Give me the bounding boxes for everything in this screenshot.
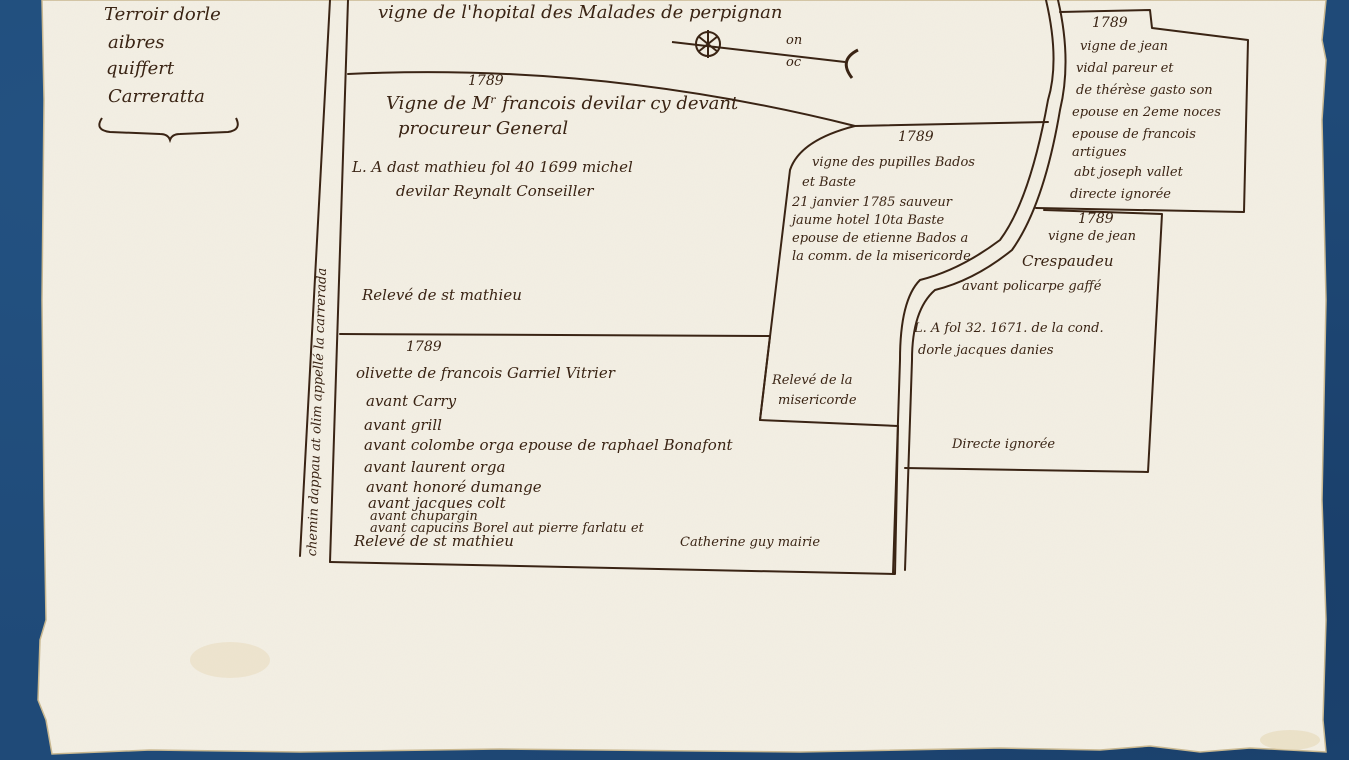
parcel-pupilles-ref-1: 21 janvier 1785 sauveur [792, 196, 952, 209]
parcel-olivette-line-3: avant grill [364, 418, 442, 433]
parcel-vidal-line-8: directe ignorée [1070, 188, 1171, 201]
parcel-misericorde-footer-1: Relevé de la [772, 374, 853, 387]
parcel-crespaudeu-ref-2: dorle jacques danies [918, 344, 1054, 357]
manuscript-sheet: Terroir dorle aibres quiffert Carreratta… [0, 0, 1349, 760]
parcel-olivette-year: 1789 [406, 340, 442, 354]
legend-line-2: aibres [108, 34, 165, 52]
parcel-pupilles-ref-3: epouse de etienne Bados a [792, 232, 968, 245]
parcel-vidal-line-1: vigne de jean [1080, 40, 1168, 53]
parcel-crespaudeu-line-2: Crespaudeu [1022, 254, 1114, 269]
parcel-devilar-title-1: Vigne de Mʳ francois devilar cy devant [386, 95, 738, 113]
parcel-devilar-year: 1789 [468, 74, 504, 88]
compass-label-oc: oc [786, 56, 801, 69]
parcel-misericorde-footer-2: misericorde [778, 394, 857, 407]
parcel-devilar-footer: Relevé de st mathieu [362, 288, 522, 303]
parcel-devilar-title-2: procureur General [398, 120, 568, 138]
parcel-pupilles-year: 1789 [898, 130, 934, 144]
parcel-olivette-line-4: avant colombe orga epouse de raphael Bon… [364, 438, 733, 453]
parcel-vidal-line-2: vidal pareur et [1076, 62, 1173, 75]
parcel-pupilles-ref-2: jaume hotel 10ta Baste [792, 214, 944, 227]
parcel-olivette-footer-right: Catherine guy mairie [680, 536, 820, 549]
legend-line-1: Terroir dorle [104, 6, 221, 24]
parcel-olivette-line-1: olivette de francois Garriel Vitrier [356, 366, 615, 381]
parcel-olivette-line-5: avant laurent orga [364, 460, 505, 475]
parcel-vidal-line-7: abt joseph vallet [1074, 166, 1183, 179]
parcel-hopital-title: vigne de l'hopital des Malades de perpig… [378, 4, 782, 22]
parcel-devilar-ref-1: L. A dast mathieu fol 40 1699 michel [352, 160, 633, 175]
parcel-crespaudeu-year: 1789 [1078, 212, 1114, 226]
parcel-pupilles-title-1: vigne des pupilles Bados [812, 156, 975, 169]
legend-line-3: quiffert [106, 60, 174, 78]
parcel-crespaudeu-footer: Directe ignorée [952, 438, 1055, 451]
parcel-pupilles-title-2: et Baste [802, 176, 856, 189]
legend-line-4: Carreratta [108, 88, 205, 106]
parcel-vidal-line-5: epouse de francois [1072, 128, 1196, 141]
parcel-crespaudeu-ref-1: L. A fol 32. 1671. de la cond. [914, 322, 1104, 335]
parcel-devilar-ref-2: devilar Reynalt Conseiller [396, 184, 593, 199]
parcel-olivette-footer-left: Relevé de st mathieu [354, 534, 514, 549]
parcel-pupilles-ref-4: la comm. de la misericorde [792, 250, 971, 263]
compass-label-on: on [786, 34, 802, 47]
parcel-vidal-line-6: artigues [1072, 146, 1126, 159]
parcel-olivette-line-2: avant Carry [366, 394, 456, 409]
parcel-vidal-line-3: de thérèse gasto son [1076, 84, 1213, 97]
parcel-crespaudeu-line-1: vigne de jean [1048, 230, 1136, 243]
parcel-crespaudeu-line-3: avant policarpe gaffé [962, 280, 1101, 293]
parcel-vidal-line-4: epouse en 2eme noces [1072, 106, 1221, 119]
parcel-olivette-line-6: avant honoré dumange [366, 480, 542, 495]
parcel-vidal-year: 1789 [1092, 16, 1128, 30]
